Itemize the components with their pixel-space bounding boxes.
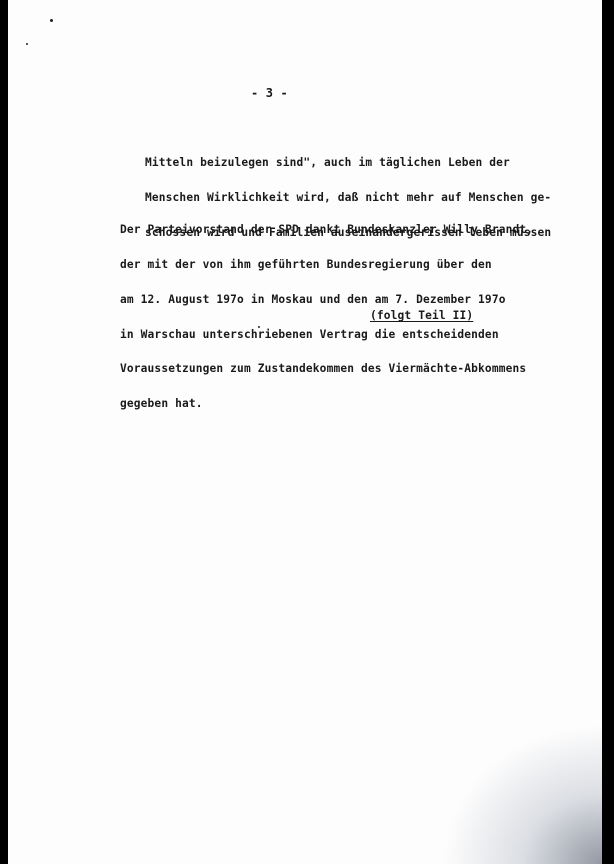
scan-speck [26, 43, 28, 45]
text-line: Mitteln beizulegen sind", auch im täglic… [145, 157, 551, 169]
text-line: der mit der von ihm geführten Bundesregi… [120, 259, 533, 271]
scan-speck [50, 19, 53, 22]
continuation-note: (folgt Teil II) [370, 310, 473, 322]
text-line: Der Parteivorstand der SPD dankt Bundesk… [120, 224, 533, 236]
text-line: Voraussetzungen zum Zustandekommen des V… [120, 363, 533, 375]
text-line: gegeben hat. [120, 398, 533, 410]
page-number: - 3 - [251, 88, 288, 100]
text-line: am 12. August 197o in Moskau und den am … [120, 294, 533, 306]
document-page: - 3 - Mitteln beizulegen sind", auch im … [8, 0, 602, 864]
text-line: in Warschau unterschriebenen Vertrag die… [120, 329, 533, 341]
scan-noise [442, 724, 602, 864]
